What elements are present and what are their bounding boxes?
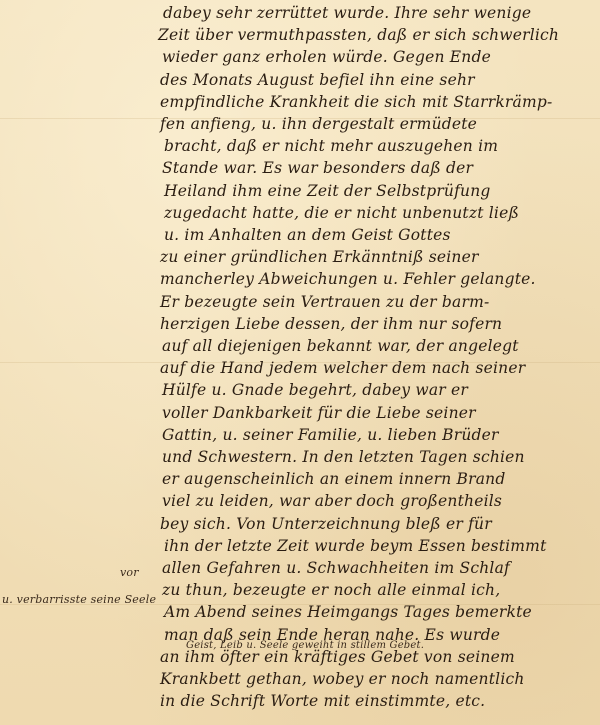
manuscript-line: auf all diejenigen bekannt war, der ange… bbox=[162, 337, 519, 355]
manuscript-line: Er bezeugte sein Vertrauen zu der barm- bbox=[160, 293, 489, 311]
manuscript-line: viel zu leiden, war aber doch großenthei… bbox=[162, 492, 502, 510]
manuscript-line: Am Abend seines Heimgangs Tages bemerkte bbox=[164, 603, 532, 621]
manuscript-line: in die Schrift Worte mit einstimmte, etc… bbox=[160, 692, 485, 710]
manuscript-line: dabey sehr zerrüttet wurde. Ihre sehr we… bbox=[163, 4, 531, 22]
manuscript-line: u. im Anhalten an dem Geist Gottes bbox=[164, 226, 451, 244]
manuscript-line: zugedacht hatte, die er nicht unbenutzt … bbox=[164, 204, 519, 222]
manuscript-line: er augenscheinlich an einem innern Brand bbox=[162, 470, 505, 488]
interlinear-note: Geist, Leib u. Seele geweiht in stillem … bbox=[186, 640, 424, 651]
manuscript-line: Stande war. Es war besonders daß der bbox=[162, 159, 473, 177]
manuscript-line: Gattin, u. seiner Familie, u. lieben Brü… bbox=[162, 426, 499, 444]
manuscript-line: Heiland ihm eine Zeit der Selbstprüfung bbox=[164, 182, 491, 200]
manuscript-line: zu thun, bezeugte er noch alle einmal ic… bbox=[162, 581, 500, 599]
margin-note: u. verbarrisste seine Seele bbox=[2, 593, 156, 606]
manuscript-line: ihn der letzte Zeit wurde beym Essen bes… bbox=[164, 537, 547, 555]
manuscript-line: voller Dankbarkeit für die Liebe seiner bbox=[162, 404, 476, 422]
manuscript-line: des Monats August befiel ihn eine sehr bbox=[160, 71, 475, 89]
manuscript-line: herzigen Liebe dessen, der ihm nur sofer… bbox=[160, 315, 502, 333]
margin-note: vor bbox=[120, 566, 139, 579]
manuscript-page: dabey sehr zerrüttet wurde. Ihre sehr we… bbox=[0, 0, 600, 725]
manuscript-line: und Schwestern. In den letzten Tagen sch… bbox=[162, 448, 525, 466]
manuscript-line: empfindliche Krankheit die sich mit Star… bbox=[160, 93, 552, 111]
manuscript-line: auf die Hand jedem welcher dem nach sein… bbox=[160, 359, 525, 377]
manuscript-line: mancherley Abweichungen u. Fehler gelang… bbox=[160, 270, 536, 288]
manuscript-line: zu einer gründlichen Erkänntniß seiner bbox=[160, 248, 479, 266]
manuscript-line: Hülfe u. Gnade begehrt, dabey war er bbox=[162, 381, 468, 399]
manuscript-line: allen Gefahren u. Schwachheiten im Schla… bbox=[162, 559, 510, 577]
manuscript-line: bracht, daß er nicht mehr auszugehen im bbox=[164, 137, 498, 155]
manuscript-line: Krankbett gethan, wobey er noch namentli… bbox=[160, 670, 525, 688]
manuscript-line: fen anfieng, u. ihn dergestalt ermüdete bbox=[160, 115, 477, 133]
manuscript-line: Zeit über vermuthpassten, daß er sich sc… bbox=[158, 26, 559, 44]
manuscript-line: bey sich. Von Unterzeichnung bleß er für bbox=[160, 515, 492, 533]
manuscript-line: wieder ganz erholen würde. Gegen Ende bbox=[162, 48, 491, 66]
